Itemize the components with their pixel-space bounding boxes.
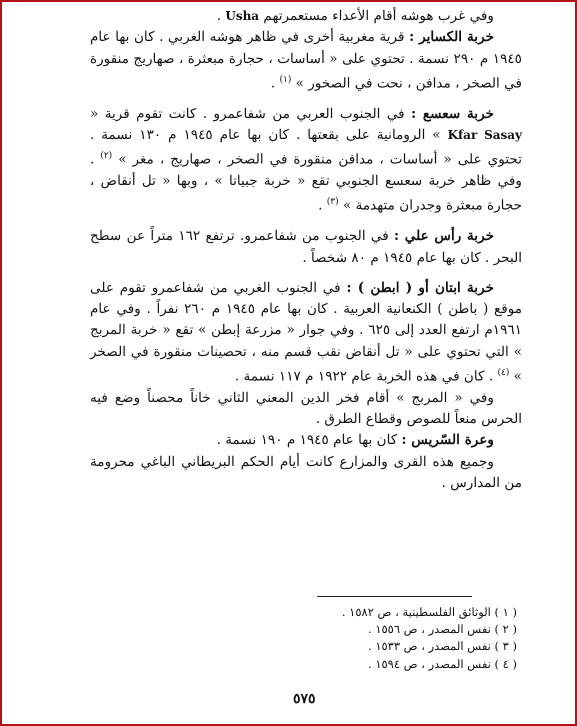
body-text: وفي غرب هوشه أقام الأعداء مستعمرتهم Usha… — [90, 6, 522, 494]
entry-heading: خربة سعسع : — [411, 106, 494, 122]
paragraph-text: في الجنوب العربي من شفاعمرو . كانت تقوم … — [90, 106, 411, 122]
paragraph-tail: . — [217, 8, 221, 24]
footnote-divider — [317, 596, 472, 597]
latin-term: Usha — [225, 9, 259, 23]
footnote-3: ( ٣ ) نفس المصدر ، ص ١٥٣٣ . — [302, 638, 517, 655]
paragraph-text: وفي غرب هوشه أقام الأعداء مستعمرتهم — [263, 8, 494, 24]
latin-term: Kfar Sasay — [448, 128, 522, 142]
paragraph-khirbet-sasa: خربة سعسع : في الجنوب العربي من شفاعمرو … — [90, 104, 522, 218]
footnote-2: ( ٢ ) نفس المصدر ، ص ١٥٥٦ . — [302, 621, 517, 638]
entry-heading: خربة ابتان أو ( ابطن ) : — [346, 280, 494, 296]
entry-heading: خربة الكساير : — [409, 29, 494, 45]
paragraph-usha: وفي غرب هوشه أقام الأعداء مستعمرتهم Usha… — [90, 6, 522, 27]
paragraph-text: كان بها عام ١٩٤٥ م ١٩٠ نسمة . — [217, 432, 402, 448]
paragraph-khirbet-kasayir: خربة الكساير : قرية مغربية أخرى في ظاهر … — [90, 27, 522, 94]
entry-heading: وعرة السّريس : — [402, 432, 494, 448]
paragraph-waarat-sarris: وعرة السّريس : كان بها عام ١٩٤٥ م ١٩٠ نس… — [90, 430, 522, 451]
paragraph-text: وجميع هذه القرى والمزارع كانت أيام الحكم… — [90, 454, 522, 491]
footnote-ref[interactable]: (١) — [279, 75, 291, 85]
paragraph-tail: . — [318, 198, 327, 214]
entry-heading: خربة رأس علي : — [394, 228, 494, 244]
paragraph-tail: . كان في هذه الخربة عام ١٩٢٢ م ١١٧ نسمة … — [235, 369, 498, 385]
paragraph-text: وفي « المربج » أقام فخر الدين المعني الث… — [90, 390, 522, 427]
footnote-ref[interactable]: (٢) — [100, 151, 112, 161]
footnote-ref[interactable]: (٣) — [327, 197, 339, 207]
page-number: ٥٧٥ — [293, 691, 316, 707]
footnote-ref[interactable]: (٤) — [497, 368, 509, 378]
document-page: وفي غرب هوشه أقام الأعداء مستعمرتهم Usha… — [0, 0, 577, 726]
paragraph-khirbet-ras-ali: خربة رأس علي : في الجنوب من شفاعمرو. ترت… — [90, 226, 522, 269]
paragraph-murbij: وفي « المربج » أقام فخر الدين المعني الث… — [90, 388, 522, 431]
paragraph-conclusion: وجميع هذه القرى والمزارع كانت أيام الحكم… — [90, 452, 522, 495]
footnote-1: ( ١ ) الوثائق الفلسطينية ، ص ١٥٨٢ . — [302, 604, 517, 621]
paragraph-khirbet-ibtan: خربة ابتان أو ( ابطن ) : في الجنوب الغرب… — [90, 278, 522, 388]
footnote-4: ( ٤ ) نفس المصدر ، ص ١٥٩٤ . — [302, 656, 517, 673]
footnotes: ( ١ ) الوثائق الفلسطينية ، ص ١٥٨٢ . ( ٢ … — [302, 604, 517, 673]
